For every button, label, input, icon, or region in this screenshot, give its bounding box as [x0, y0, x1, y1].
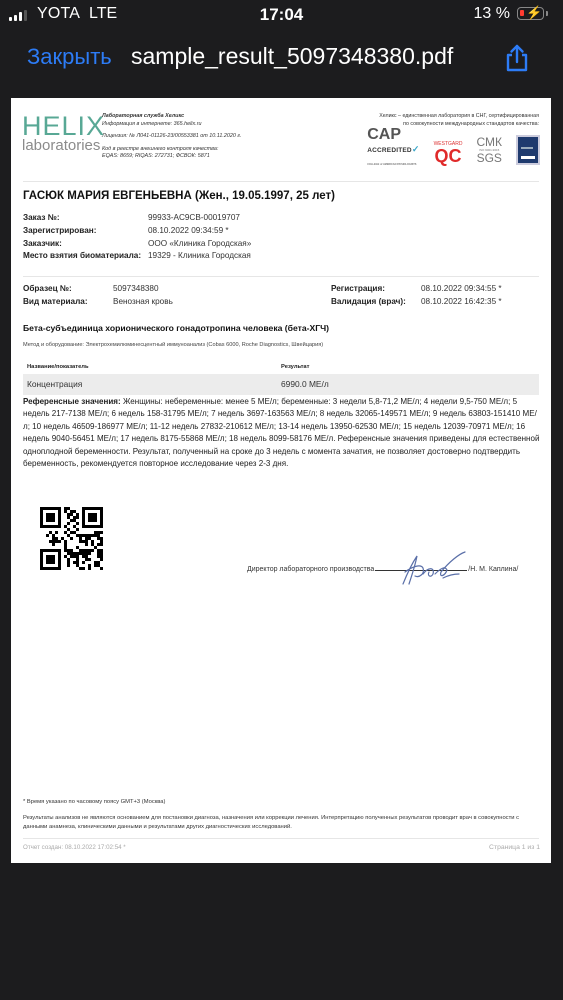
cap-accredited-logo: CAP ACCREDITED✓ COLLEGE of AMERICAN PATH… — [367, 128, 419, 172]
viewer-nav-bar: Закрыть sample_result_5097348380.pdf — [0, 38, 563, 78]
cmk-sgs-logo: СМК ISO 9001:2015 SGS — [476, 136, 502, 164]
document-title: sample_result_5097348380.pdf — [131, 43, 453, 70]
lab-info: Лабораторная служба Хеликс Информация в … — [102, 113, 242, 161]
column-header-result: Результат — [281, 364, 309, 370]
status-bar: YOTA LTE 17:04 13 % ⚡ — [0, 0, 563, 30]
signature-line: Директор лабораторного производства/Н. М… — [247, 566, 518, 573]
pdf-page: HELIX laboratories Лабораторная служба Х… — [11, 98, 551, 863]
report-created: Отчет создан: 08.10.2022 17:02:54 * — [23, 844, 126, 851]
charging-bolt-icon: ⚡ — [526, 5, 542, 21]
order-details: Заказ №:99933-AC9CB-00019707 Зарегистрир… — [23, 212, 251, 263]
registry-codes: EQAS: 8659; RIQAS: 272731; ФСВОК: 5871 — [102, 153, 242, 161]
share-button[interactable] — [503, 43, 531, 73]
reference-values: Референсные значения: Женщины: неберемен… — [23, 396, 543, 470]
disclaimer: Результаты анализов не являются основани… — [23, 814, 538, 832]
helix-logo-subtitle: laboratories — [22, 138, 100, 154]
column-header-name: Название/показатель — [27, 364, 89, 370]
result-value: 6990.0 МЕ/л — [281, 379, 329, 389]
signatory-name: /Н. М. Каплина/ — [468, 566, 518, 573]
sample-dates: Регистрация:08.10.2022 09:34:55 * Валида… — [331, 283, 502, 309]
divider — [23, 838, 539, 839]
checkmark-icon: ✓ — [412, 144, 420, 154]
lab-license: Лицензия: № Л041-01126-23/00553381 от 10… — [102, 133, 242, 141]
lab-name: Лабораторная служба Хеликс — [102, 113, 242, 121]
page-number: Страница 1 из 1 — [489, 844, 540, 851]
helix-logo: HELIX — [22, 112, 105, 140]
divider — [23, 181, 539, 182]
result-name: Концентрация — [27, 379, 82, 389]
share-icon — [503, 43, 531, 73]
battery-icon: ⚡ — [517, 7, 544, 20]
table-row: Концентрация 6990.0 МЕ/л — [23, 374, 539, 395]
westgard-qc-logo: WESTGARD QC — [434, 138, 463, 162]
lab-website: Информация в интернете: 365.helix.ru — [102, 121, 242, 129]
divider — [23, 276, 539, 277]
test-title: Бета-субъединица хорионического гонадотр… — [23, 323, 329, 333]
battery-tip — [546, 11, 548, 16]
battery-percent: 13 % — [474, 5, 510, 23]
signatory-role: Директор лабораторного производства — [247, 566, 374, 573]
results-table-header: Название/показатель Результат — [23, 362, 539, 374]
timezone-footnote: * Время указано по часовому поясу GMT+3 … — [23, 799, 165, 805]
patient-name: ГАСЮК МАРИЯ ЕВГЕНЬЕВНА (Жен., 19.05.1997… — [23, 190, 335, 202]
certification-badges: CAP ACCREDITED✓ COLLEGE of AMERICAN PATH… — [367, 134, 540, 166]
registry-label: Код в реестре внешнего контроля качества… — [102, 146, 242, 154]
sample-details: Образец №:5097348380 Вид материала:Веноз… — [23, 283, 173, 309]
global-group-badge-icon — [516, 135, 540, 165]
qr-code[interactable] — [40, 507, 103, 570]
test-method: Метод и оборудование: Электрохемилюминес… — [23, 342, 323, 348]
handwritten-signature — [389, 548, 471, 588]
close-button[interactable]: Закрыть — [27, 44, 112, 70]
